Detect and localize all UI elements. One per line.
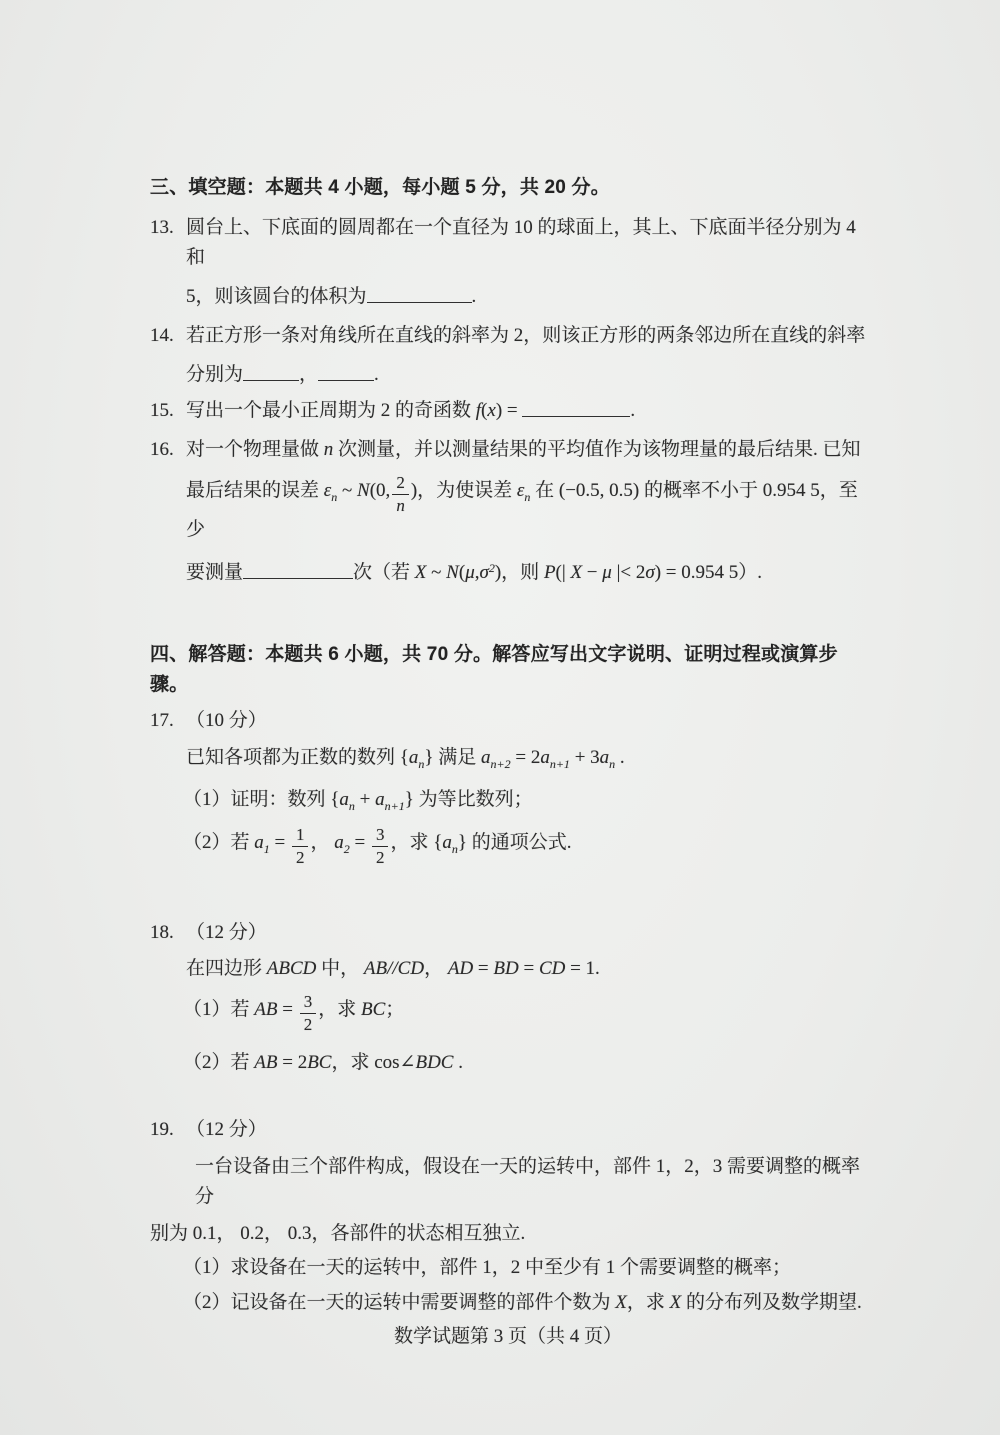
math-token: CD: [398, 958, 424, 979]
blank-underline: [367, 283, 472, 303]
question-start-line: 17.（10 分）: [150, 706, 866, 736]
math-token: an: [339, 789, 355, 810]
math-token: AB: [364, 958, 387, 979]
math-token: a1: [254, 832, 270, 853]
sub-question-line: （2）记设备在一天的运转中需要调整的部件个数为 X，求 X 的分布列及数学期望.: [150, 1288, 866, 1318]
question-start-line: 16.对一个物理量做 n 次测量，并以测量结果的平均值作为该物理量的最后结果. …: [150, 435, 866, 465]
math-token: σ2: [479, 562, 494, 583]
math-token: BC: [307, 1052, 331, 1073]
math-token: μ: [602, 562, 612, 583]
math-token: x: [487, 400, 495, 421]
question-start-line: 14.若正方形一条对角线所在直线的斜率为 2，则该正方形的两条邻边所在直线的斜率: [150, 321, 866, 351]
math-token: an+1: [540, 747, 570, 768]
math-token: σ: [645, 562, 654, 583]
math-token: a2: [334, 832, 350, 853]
fraction: 32: [372, 825, 389, 867]
math-token: X: [570, 562, 582, 583]
sub-question-line: （1）证明：数列 {an + an+1} 为等比数列；: [150, 785, 866, 815]
math-token: f: [476, 400, 481, 421]
math-token: //: [387, 958, 398, 979]
question-start-line: 13.圆台上、下底面的圆周都在一个直径为 10 的球面上，其上、下底面半径分别为…: [150, 213, 866, 273]
sub-question-line: （2）若 a1 = 12， a2 = 32，求 {an} 的通项公式.: [150, 825, 866, 867]
fraction: 2n: [392, 473, 409, 515]
math-token: εn: [517, 480, 531, 501]
exam-content: 三、填空题：本题共 4 小题，每小题 5 分，共 20 分。13.圆台上、下底面…: [150, 0, 866, 1352]
sub-question-line: （1）求设备在一天的运转中，部件 1，2 中至少有 1 个需要调整的概率；: [150, 1253, 866, 1283]
math-token: X: [415, 562, 427, 583]
blank-underline: [318, 361, 374, 381]
sub-question-line: （2）若 AB = 2BC，求 cos∠BDC .: [150, 1048, 866, 1078]
blank-underline: [522, 397, 630, 417]
question-line: 别为 0.1， 0.2， 0.3，各部件的状态相互独立.: [150, 1219, 866, 1249]
math-token: N: [357, 480, 370, 501]
question-line: 一台设备由三个部件构成，假设在一天的运转中，部件 1，2，3 需要调整的概率分: [150, 1152, 866, 1212]
math-token: CD: [539, 958, 565, 979]
blank-underline: [243, 559, 353, 579]
math-token: μ: [465, 562, 475, 583]
exam-page: 三、填空题：本题共 4 小题，每小题 5 分，共 20 分。13.圆台上、下底面…: [0, 0, 1000, 1435]
math-token: AB: [254, 999, 277, 1020]
math-token: BD: [493, 958, 518, 979]
question-number: 15.: [150, 396, 174, 426]
question-start-line: 19.（12 分）: [150, 1115, 866, 1145]
question-number: 14.: [150, 321, 174, 351]
page-footer: 数学试题第 3 页（共 4 页）: [150, 1322, 866, 1352]
math-token: P: [544, 562, 556, 583]
blank-underline: [243, 361, 299, 381]
question-number: 18.: [150, 918, 174, 948]
math-token: BDC: [415, 1052, 453, 1073]
question-start-line: 15.写出一个最小正周期为 2 的奇函数 f(x) = .: [150, 396, 866, 426]
math-token: an+1: [375, 789, 405, 810]
math-token: an: [409, 747, 425, 768]
question-line: 要测量次（若 X ~ N(μ,σ2)，则 P(| X − μ |< 2σ) = …: [150, 558, 866, 588]
section-header: 三、填空题：本题共 4 小题，每小题 5 分，共 20 分。: [150, 173, 866, 203]
question-line: 分别为，.: [150, 360, 866, 390]
math-token: X: [615, 1292, 627, 1313]
question-number: 13.: [150, 213, 174, 243]
question-line: 在四边形 ABCD 中， AB//CD， AD = BD = CD = 1.: [150, 954, 866, 984]
math-token: N: [446, 562, 459, 583]
question-line: 5，则该圆台的体积为.: [150, 282, 866, 312]
fraction: 12: [292, 825, 309, 867]
question-start-line: 18.（12 分）: [150, 918, 866, 948]
math-token: AD: [448, 958, 473, 979]
math-token: n: [324, 439, 334, 460]
question-line: 已知各项都为正数的数列 {an} 满足 an+2 = 2an+1 + 3an .: [150, 743, 866, 773]
question-number: 17.: [150, 706, 174, 736]
math-token: ABCD: [267, 958, 317, 979]
section-header: 四、解答题：本题共 6 小题，共 70 分。解答应写出文字说明、证明过程或演算步…: [150, 640, 866, 700]
math-token: εn: [324, 480, 338, 501]
question-number: 16.: [150, 435, 174, 465]
question-line: 最后结果的误差 εn ~ N(0,2n)，为使误差 εn 在 (−0.5, 0.…: [150, 473, 866, 545]
question-number: 19.: [150, 1115, 174, 1145]
math-token: AB: [254, 1052, 277, 1073]
math-token: an+2: [481, 747, 511, 768]
math-token: an: [600, 747, 616, 768]
fraction: 32: [300, 992, 317, 1034]
math-token: X: [670, 1292, 682, 1313]
math-token: BC: [361, 999, 385, 1020]
sub-question-line: （1）若 AB = 32，求 BC；: [150, 992, 866, 1034]
math-token: an: [442, 832, 458, 853]
